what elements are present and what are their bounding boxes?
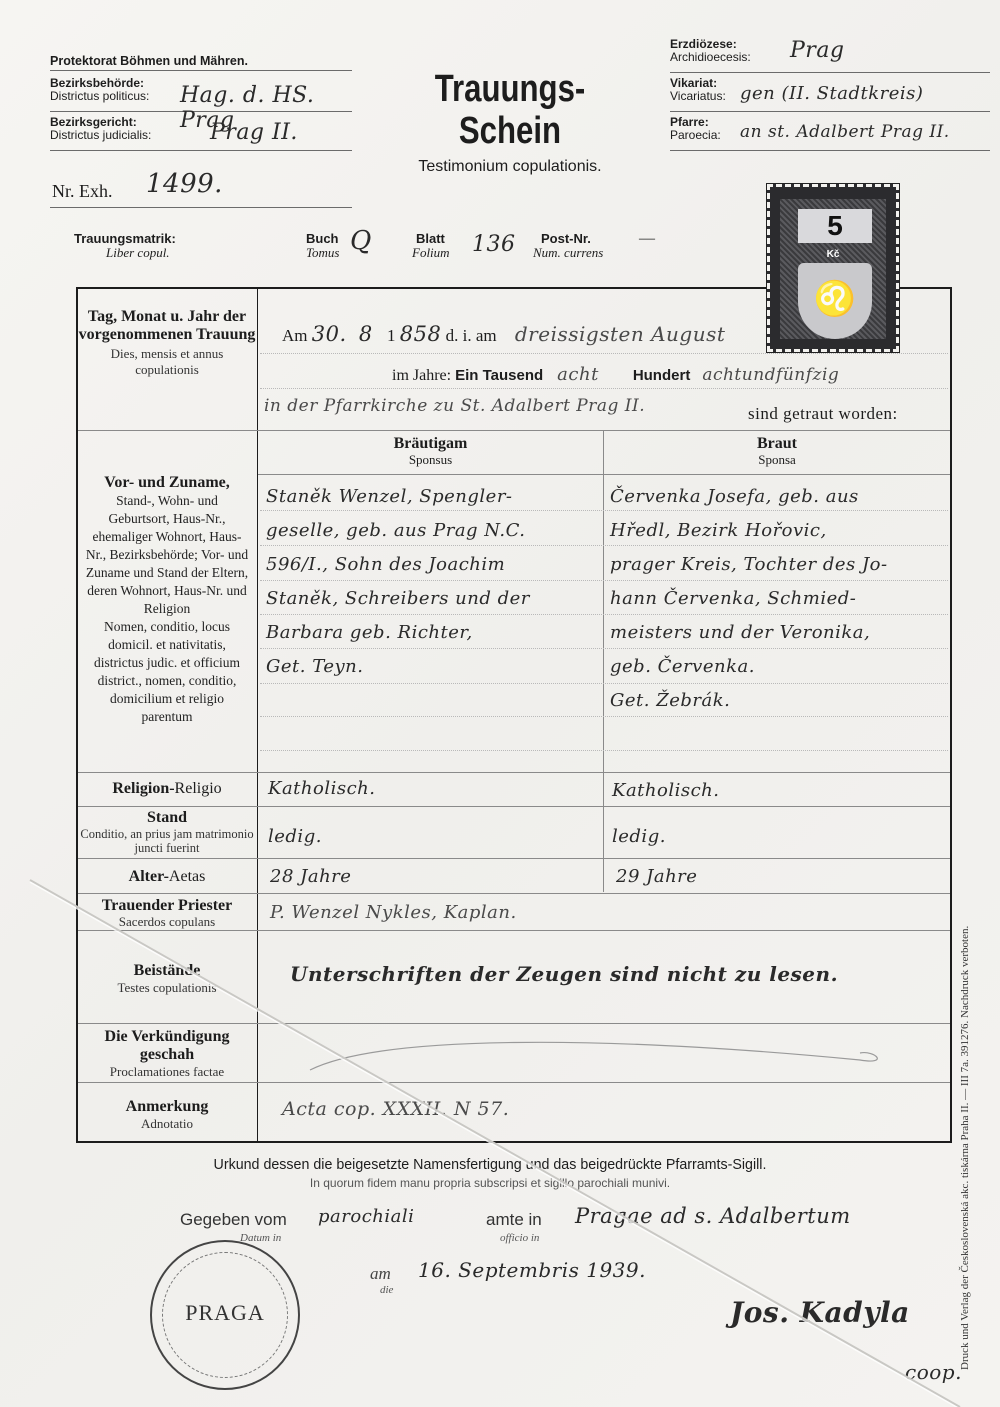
title-sub: Testimonium copulationis. [370, 158, 650, 176]
marriage-place: in der Pfarrkirche zu St. Adalbert Prag … [264, 396, 645, 416]
witnesses-label-la: Testes copulationis [78, 980, 256, 996]
district-court-value: Prag II. [210, 120, 298, 145]
dotted-guide [260, 353, 948, 354]
dotted-guide [260, 388, 948, 389]
label-names-row: Vor- und Zuname, Stand-, Wohn- und Gebur… [78, 474, 256, 726]
label-remark-row: Anmerkung Adnotatio [78, 1098, 256, 1132]
groom-line: 596/I., Sohn des Joachim [266, 548, 601, 582]
dotted-guide [260, 750, 948, 751]
label-witnesses-row: Beistände Testes copulationis [78, 962, 256, 996]
bride-line: Hředl, Bezirk Hořovic, [610, 514, 948, 548]
row-divider [78, 430, 950, 431]
document-title: Trauungs-Schein Testimonium copulationis… [370, 68, 650, 176]
page-label-la: Folium [412, 245, 450, 261]
bride-age: 29 Jahre [616, 866, 697, 887]
groom-header-la: Sponsus [258, 452, 603, 467]
groom-line: Staněk, Schreibers und der [266, 582, 601, 616]
signature: Jos. Kadyla [730, 1296, 910, 1329]
hundreds-value: acht [557, 364, 599, 385]
names-row-label-detail: Stand-, Wohn- und Geburtsort, Haus-Nr., … [84, 492, 250, 618]
row-divider [78, 893, 950, 894]
groom-line: geselle, geb. aus Prag N.C. [266, 514, 601, 548]
attestation-de: Urkund dessen die beigesetzte Namensfert… [120, 1156, 861, 1173]
signature-title: coop. [905, 1360, 962, 1384]
row-divider [78, 772, 950, 773]
parish-seal: PRAGA [150, 1240, 300, 1390]
bride-header-de: Braut [604, 435, 950, 452]
label-date-row: Tag, Monat u. Jahr der vorgenommenen Tra… [78, 308, 256, 378]
office-label-la: officio in [500, 1232, 539, 1244]
exhibit-label: Nr. Exh. [52, 181, 113, 202]
names-row-label-de: Vor- und Zuname, [84, 474, 250, 492]
table-divider-center [603, 430, 604, 892]
row-divider [78, 930, 950, 931]
groom-line: Barbara geb. Richter, [266, 616, 601, 650]
date-year-prefix: 1 [387, 326, 396, 345]
age-label-de: Alter- [129, 868, 169, 885]
status-label-de: Stand [78, 809, 256, 827]
di-am-label: d. i. am [446, 326, 497, 345]
year-label: im Jahre: [392, 367, 451, 384]
vicariate-row: Vikariat: Vicariatus: gen (II. Stadtkrei… [670, 77, 990, 112]
marriage-certificate-page: Protektorat Böhmen und Mähren. Bezirksbe… [0, 0, 1000, 1407]
priest-value: P. Wenzel Nykles, Kaplan. [270, 902, 517, 923]
post-number-label-de: Post-Nr. [533, 232, 603, 245]
page-value: 136 [472, 232, 516, 257]
label-banns-row: Die Verkündigung geschah Proclamationes … [78, 1028, 256, 1080]
groom-line: Staněk Wenzel, Spengler- [266, 480, 601, 514]
stamp-shield: ♌ [798, 263, 872, 339]
table-divider-left [257, 289, 258, 1142]
date-year: 858 [400, 322, 442, 346]
row-divider [258, 474, 950, 475]
tax-stamp: 5 Kč ♌ [767, 184, 899, 352]
row-divider [78, 858, 950, 859]
bride-line: Get. Žebrák. [610, 684, 948, 718]
header-right: Erzdiözese: Archidioecesis: Prag Vikaria… [670, 38, 990, 151]
vicariate-value: gen (II. Stadtkreis) [740, 83, 923, 104]
date-day: 30. [312, 322, 347, 346]
printer-note: Druck und Verlag der Československá akc.… [959, 926, 971, 1370]
stamp-currency: Kč [780, 249, 886, 260]
lion-crest-icon: ♌ [798, 279, 872, 319]
archdiocese-value: Prag [790, 38, 845, 63]
seal-text: PRAGA [152, 1300, 298, 1326]
district-authority-row: Bezirksbehörde: Districtus politicus: Ha… [50, 77, 352, 112]
exhibit-value: 1499. [146, 169, 223, 199]
remark-label-de: Anmerkung [78, 1098, 256, 1116]
bride-details: Červenka Josefa, geb. aus Hředl, Bezirk … [610, 480, 948, 718]
label-priest-row: Trauender Priester Sacerdos copulans [78, 897, 256, 928]
groom-line: Get. Teyn. [266, 650, 601, 684]
post-number-value: — [639, 230, 655, 248]
priest-label-la: Sacerdos copulans [78, 915, 256, 928]
label-age-row: Alter-Aetas [78, 868, 256, 886]
religion-label-la: Religio [175, 780, 222, 797]
names-row-label-la: Nomen, conditio, locus domicil. et nativ… [84, 618, 250, 726]
thousand-label: Ein Tausend [455, 367, 543, 384]
groom-header-de: Bräutigam [258, 435, 603, 452]
issue-date: 16. Septembris 1939. [418, 1258, 646, 1282]
parish-row: Pfarre: Paroecia: an st. Adalbert Prag I… [670, 116, 990, 151]
bride-status: ledig. [612, 826, 666, 847]
matrik-label-la: Liber copul. [74, 245, 176, 261]
district-court-row: Bezirksgericht: Districtus judicialis: P… [50, 116, 352, 151]
year-words: achtundfünfzig [702, 365, 839, 385]
remark-value: Acta cop. XXXII. N 57. [282, 1098, 509, 1120]
register-page: Blatt Folium 136 [412, 232, 450, 261]
row-divider [78, 1082, 950, 1083]
protectorate-label: Protektorat Böhmen und Mähren. [50, 54, 248, 68]
row-divider [78, 1023, 950, 1024]
register-book: Buch Tomus Q [306, 232, 339, 261]
bride-line: prager Kreis, Tochter des Jo- [610, 548, 948, 582]
row-divider [78, 806, 950, 807]
bride-line: Červenka Josefa, geb. aus [610, 480, 948, 514]
title-main: Trauungs-Schein [395, 68, 625, 152]
protectorate-row: Protektorat Böhmen und Mähren. [50, 52, 352, 71]
issue-date-label: am [370, 1264, 391, 1284]
banns-label-la: Proclamationes factae [88, 1064, 246, 1080]
book-label-de: Buch [306, 232, 339, 245]
parish-value: an st. Adalbert Prag II. [740, 122, 950, 142]
year-line: im Jahre: Ein Tausend acht Hundert achtu… [392, 364, 839, 385]
book-label-la: Tomus [306, 245, 339, 261]
post-number-label-la: Num. currens [533, 245, 603, 261]
label-religion-row: Religion-Religio [78, 780, 256, 798]
religion-label-de: Religion- [112, 780, 174, 797]
attestation-la: In quorum fidem manu propria subscripsi … [100, 1176, 880, 1190]
given-label: Gegeben vom [180, 1210, 287, 1230]
remark-label-la: Adnotatio [78, 1116, 256, 1132]
bride-header: Braut Sponsa [604, 435, 950, 467]
date-row-label-la: Dies, mensis et annus copulationis [78, 346, 256, 378]
bride-religion: Katholisch. [612, 780, 720, 801]
groom-details: Staněk Wenzel, Spengler- geselle, geb. a… [266, 480, 601, 684]
register-post-number: Post-Nr. Num. currens — [533, 232, 603, 261]
office-type: parochiali [318, 1206, 414, 1227]
witnesses-value: Unterschriften der Zeugen sind nicht zu … [290, 962, 838, 986]
page-label-de: Blatt [412, 232, 450, 245]
status-label-la: Conditio, an prius jam matrimonio juncti… [78, 827, 256, 855]
matrik-label-de: Trauungsmatrik: [74, 232, 176, 245]
archdiocese-row: Erzdiözese: Archidioecesis: Prag [670, 38, 990, 73]
witnesses-label-de: Beistände [78, 962, 256, 980]
date-month: 8 [359, 322, 373, 346]
date-words: dreissigsten August [515, 322, 726, 346]
book-value: Q [350, 226, 372, 256]
hundred-label: Hundert [633, 367, 691, 384]
header-left: Protektorat Böhmen und Mähren. Bezirksbe… [50, 52, 352, 208]
register-matrik: Trauungsmatrik: Liber copul. [74, 232, 176, 261]
banns-flourish [300, 1035, 880, 1075]
groom-status: ledig. [268, 826, 322, 847]
date-row-label-de: Tag, Monat u. Jahr der vorgenommenen Tra… [78, 308, 256, 344]
bride-line: geb. Červenka. [610, 650, 948, 684]
groom-religion: Katholisch. [268, 778, 376, 799]
bride-line: hann Červenka, Schmied- [610, 582, 948, 616]
marriage-date-line: Am 30. 8 1 858 d. i. am dreissigsten Aug… [282, 322, 725, 346]
label-status-row: Stand Conditio, an prius jam matrimonio … [78, 809, 256, 855]
bride-header-la: Sponsa [604, 452, 950, 467]
district-court-label-la: Districtus judicialis: [50, 129, 352, 142]
stamp-pattern: 5 Kč ♌ [780, 199, 886, 339]
exhibit-row: Nr. Exh. 1499. [50, 161, 352, 208]
priest-label-de: Trauender Priester [78, 897, 256, 915]
married-label: sind getraut worden: [748, 404, 898, 424]
issue-date-label-la: die [380, 1284, 393, 1296]
am-label: Am [282, 326, 308, 345]
office-label: amte in [486, 1210, 542, 1230]
groom-age: 28 Jahre [270, 866, 351, 887]
office-place: Pragae ad s. Adalbertum [575, 1204, 851, 1228]
age-label-la: Aetas [169, 868, 205, 885]
stamp-value: 5 [798, 209, 872, 243]
banns-label-de: Die Verkündigung geschah [88, 1028, 246, 1064]
groom-header: Bräutigam Sponsus [258, 435, 603, 467]
bride-line: meisters und der Veronika, [610, 616, 948, 650]
